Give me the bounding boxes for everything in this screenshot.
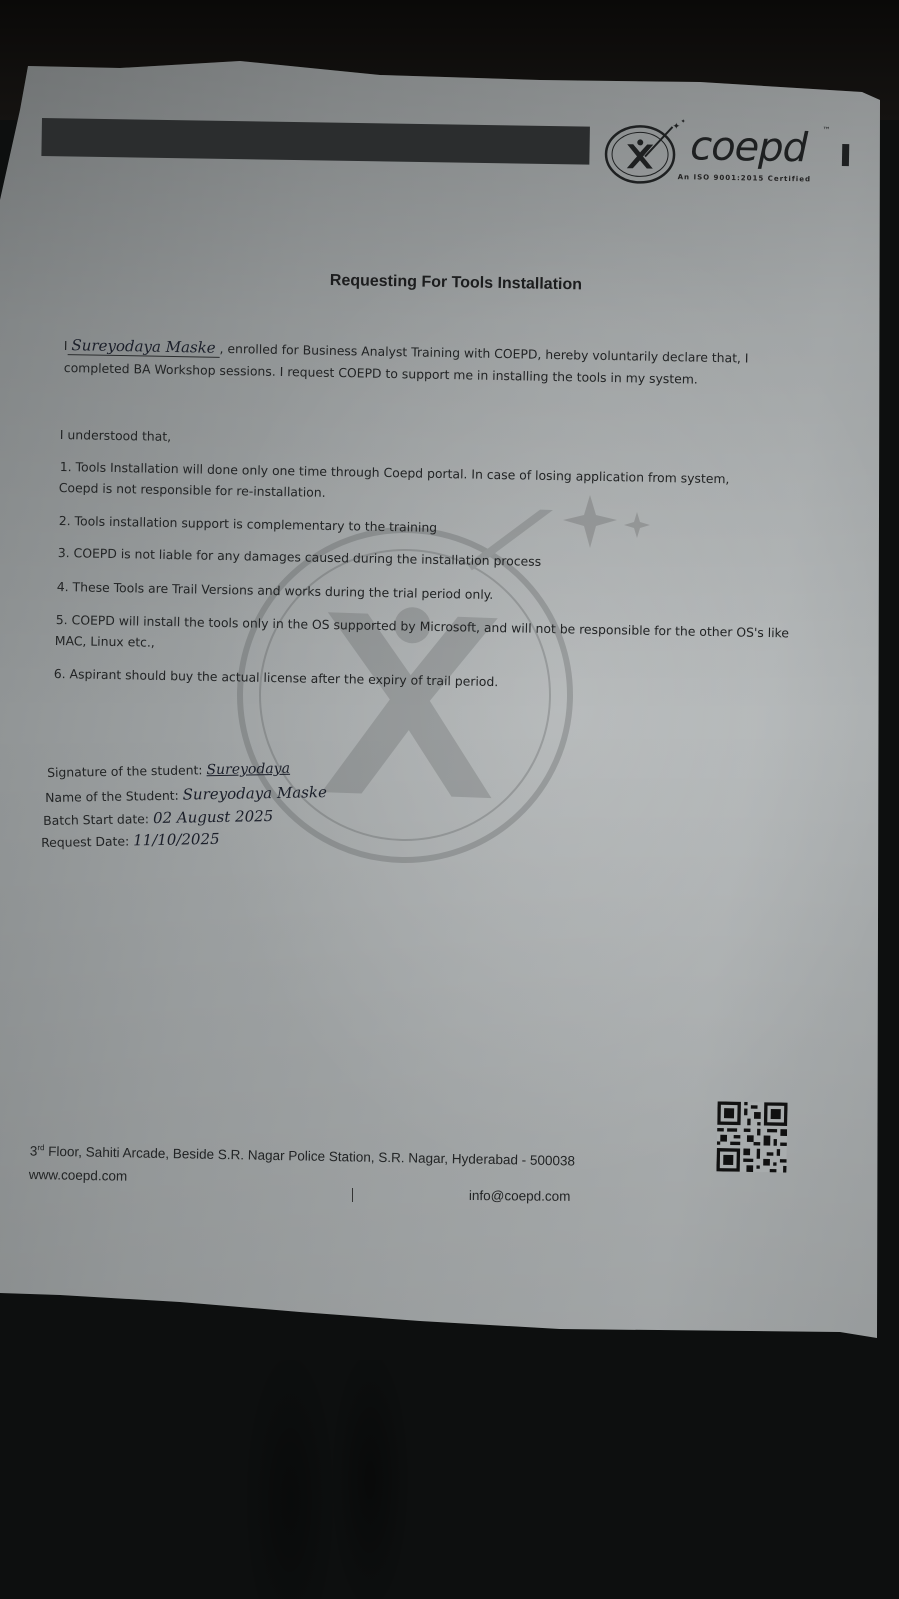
qr-code-icon <box>716 1101 787 1172</box>
svg-text:✦: ✦ <box>681 118 686 125</box>
student-name-handwritten: Sureyodaya Maske <box>67 336 220 358</box>
student-name-label: Name of the Student: <box>45 788 179 805</box>
footer-email[interactable]: info@coepd.com <box>469 1188 571 1204</box>
understood-label: I understood that, <box>60 427 172 444</box>
signature-label: Signature of the student: <box>47 762 203 780</box>
watermark-stars-icon <box>555 490 665 560</box>
address-floor-number: 3 <box>30 1143 38 1158</box>
coepd-logo: ✦ ✦ coepd ™ An ISO 9001:2015 Certified <box>599 116 860 201</box>
request-date-value: 11/10/2025 <box>133 830 220 850</box>
signature-value: Sureyodaya <box>206 761 290 778</box>
photo-shadow <box>230 1360 470 1599</box>
iso-certification: An ISO 9001:2015 Certified <box>678 173 811 183</box>
student-name-value: Sureyodaya Maske <box>183 783 327 804</box>
batch-start-label: Batch Start date: <box>43 811 149 828</box>
logo-accent-bar <box>842 144 849 166</box>
address-floor-suffix: rd <box>37 1143 44 1152</box>
svg-text:✦: ✦ <box>672 122 680 132</box>
footer-divider <box>352 1188 353 1202</box>
brand-wordmark: coepd <box>690 123 808 171</box>
request-date-field: Request Date: 11/10/2025 <box>41 830 220 851</box>
request-date-label: Request Date: <box>41 833 129 850</box>
batch-start-value: 02 August 2025 <box>153 807 274 827</box>
trademark-symbol: ™ <box>822 126 830 135</box>
term-5-line-2: MAC, Linux etc., <box>55 633 155 650</box>
footer-website[interactable]: www.coepd.com <box>29 1167 128 1184</box>
